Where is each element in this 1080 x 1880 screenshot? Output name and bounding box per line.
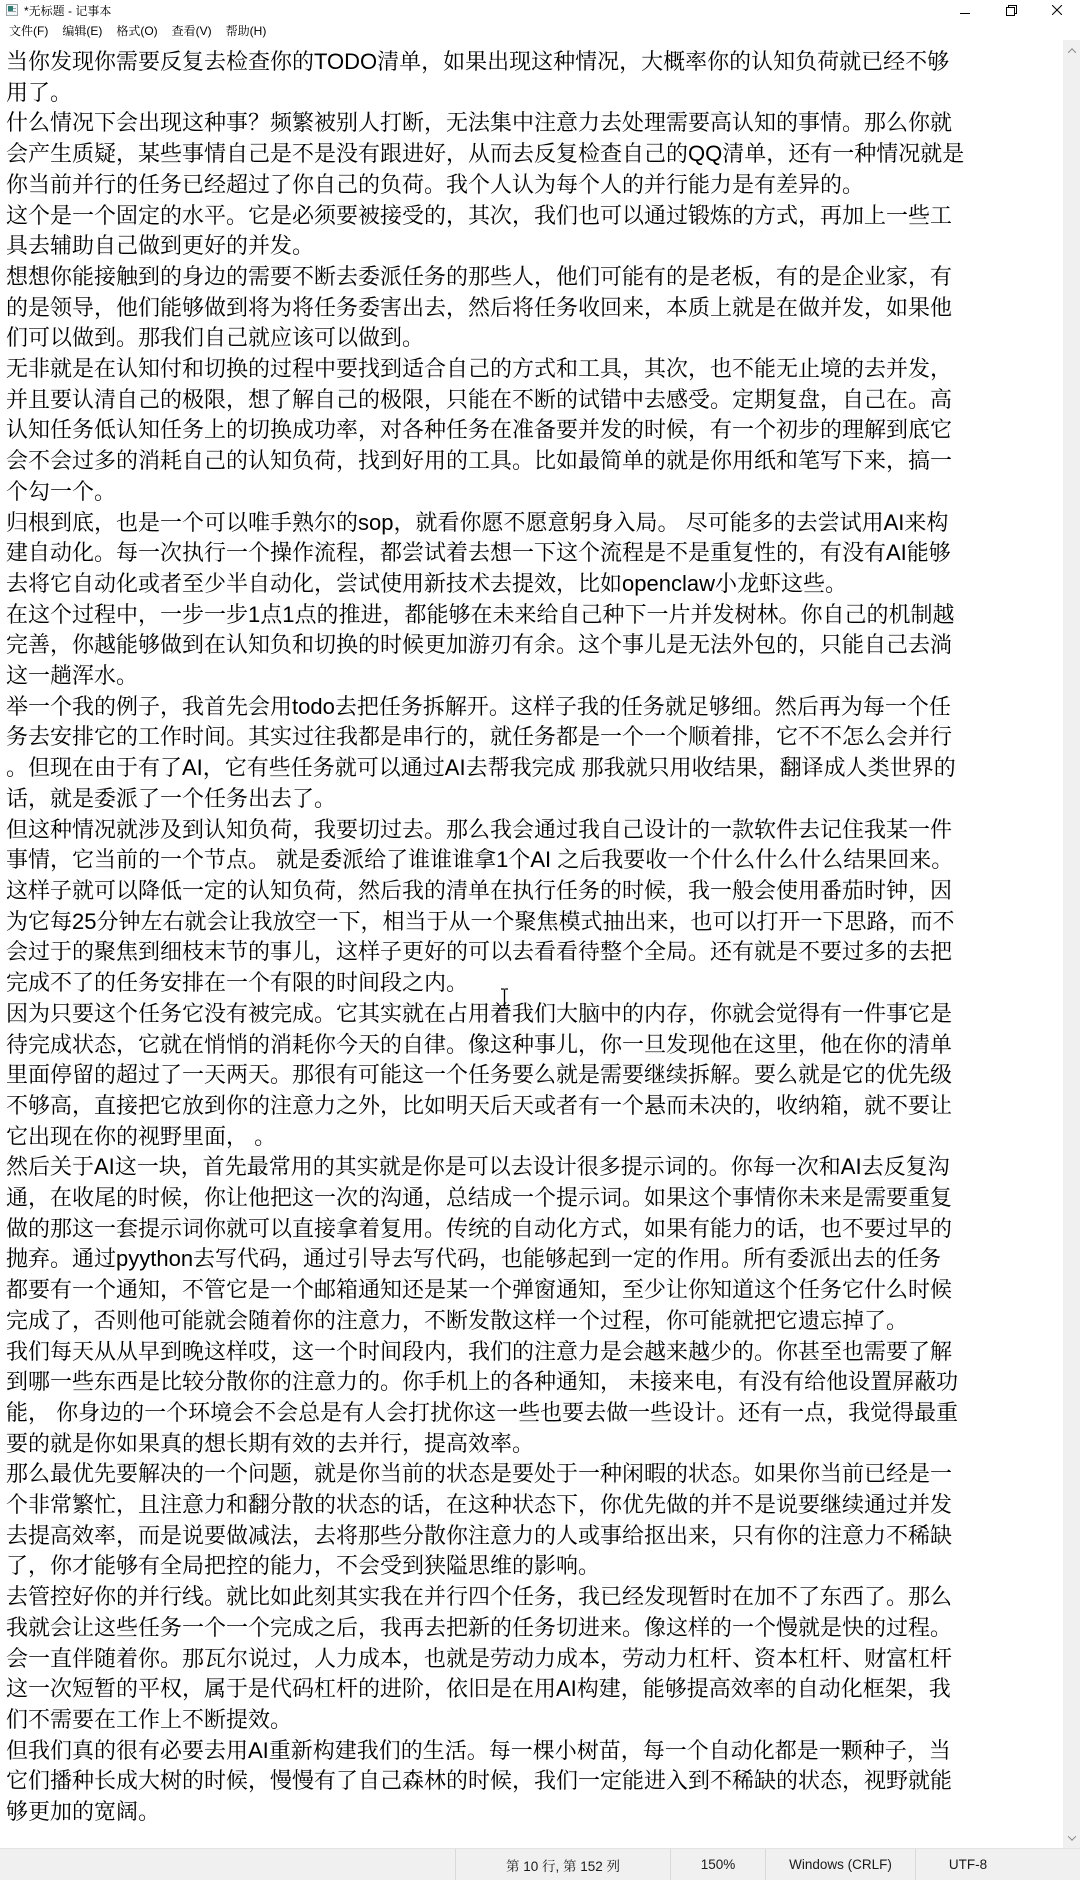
close-icon [1052,5,1062,15]
close-button[interactable] [1034,0,1080,20]
window-title: *无标题 - 记事本 [24,2,942,19]
status-zoom-level: 150% [670,1849,765,1880]
minimize-button[interactable] [942,0,988,20]
editor-body: 当你发现你需要反复去检查你的TODO清单，如果出现这种情况，大概率你的认知负荷就… [0,40,1080,1848]
chevron-down-icon [1067,1832,1075,1840]
title-bar: *无标题 - 记事本 [0,0,1080,20]
status-tail [1020,1849,1080,1880]
menu-format[interactable]: 格式(O) [109,20,164,41]
scroll-down-button[interactable] [1063,1829,1080,1846]
text-ibeam-cursor [499,988,510,1010]
status-spacer [0,1849,455,1880]
chevron-up-icon [1067,48,1075,56]
status-bar: 第 10 行, 第 152 列 150% Windows (CRLF) UTF-… [0,1848,1080,1880]
menu-help[interactable]: 帮助(H) [219,20,274,41]
restore-down-icon [1006,5,1017,16]
menu-view[interactable]: 查看(V) [165,20,219,41]
restore-button[interactable] [988,0,1034,20]
status-cursor-position: 第 10 行, 第 152 列 [455,1849,670,1880]
text-editor[interactable]: 当你发现你需要反复去检查你的TODO清单，如果出现这种情况，大概率你的认知负荷就… [0,40,1063,1848]
status-line-ending: Windows (CRLF) [765,1849,915,1880]
minimize-icon [960,5,970,15]
menu-bar: 文件(F) 编辑(E) 格式(O) 查看(V) 帮助(H) [0,20,1080,40]
menu-file[interactable]: 文件(F) [2,20,55,41]
menu-edit[interactable]: 编辑(E) [55,20,109,41]
vertical-scrollbar[interactable] [1063,40,1080,1848]
status-encoding: UTF-8 [915,1849,1020,1880]
scroll-up-button[interactable] [1063,42,1080,59]
notepad-icon [6,4,18,16]
notepad-window: *无标题 - 记事本 文件(F) 编辑(E) 格式(O) 查看(V) 帮助(H) [0,0,1080,1880]
